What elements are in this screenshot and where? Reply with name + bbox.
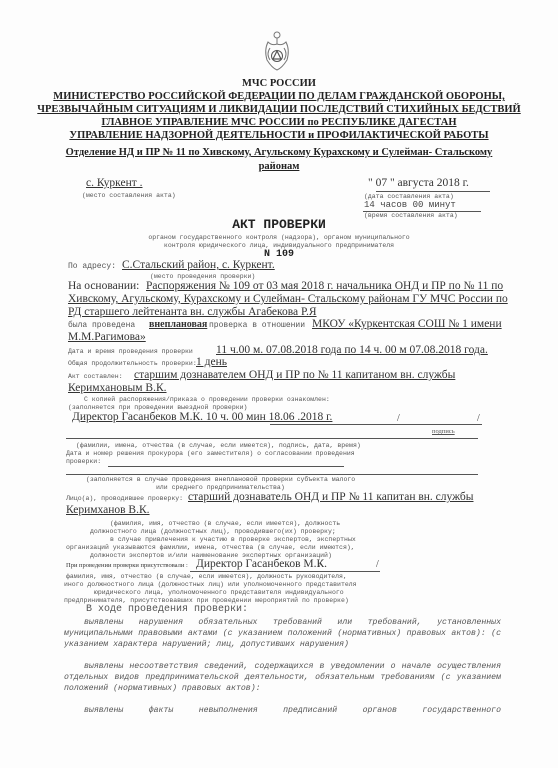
ministry-line-4: УПРАВЛЕНИЕ НАДЗОРНОЙ ДЕЯТЕЛЬНОСТИ и ПРОФ… — [0, 129, 558, 142]
inspected-org-line-1: МКОУ «Куркентская СОШ № 1 имени — [312, 318, 502, 330]
inspector-caption-3: в случае привлечения к участию в проверк… — [110, 536, 356, 543]
acquainted-text: С копией распоряжения/приказа о проведен… — [84, 396, 330, 403]
present-caption-3: юридического лица, уполномоченного предс… — [94, 589, 344, 596]
act-subtitle-1: органом государственного контроля (надзо… — [0, 234, 558, 241]
present-label: При проведении проверки присутствовали : — [66, 562, 188, 569]
basis-line-2: Хивскому, Агульскому, Курахскому и Сулей… — [68, 293, 508, 305]
agency-short-name: МЧС РОССИИ — [0, 77, 558, 90]
acquainted-value: Директор Гасанбеков М.К. 10 ч. 00 мин 18… — [72, 411, 332, 423]
prosecutor-line — [108, 466, 344, 467]
act-time-value: 14 часов 00 минут — [364, 200, 456, 210]
slash-separator-4: / — [376, 559, 379, 570]
basis-line-3: РД старшего лейтенанта вн. службы Агабек… — [68, 306, 317, 318]
ministry-line-2: ЧРЕЗВЫЧАЙНЫМ СИТУАЦИЯМ И ЛИКВИДАЦИИ ПОСЛ… — [0, 103, 558, 116]
act-subtitle-2: контроля юридического лица, индивидуальн… — [0, 242, 558, 249]
address-caption: (место проведения проверки) — [150, 273, 255, 280]
address-value: С.Стальский район, с. Куркент. — [122, 259, 275, 271]
fio-caption: (фамилии, имена, отчества (в случае, есл… — [76, 442, 361, 449]
ministry-line-3: ГЛАВНОЕ УПРАВЛЕНИЕ МЧС РОССИИ по РЕСПУБЛ… — [0, 116, 558, 129]
findings-heading: В ходе проведения проверки: — [86, 604, 248, 615]
act-place-caption: (место составления акта) — [82, 192, 176, 199]
document-page: МЧС РОССИИ МИНИСТЕРСТВО РОССИЙСКОЙ ФЕДЕР… — [0, 0, 558, 768]
signature-line — [270, 424, 482, 425]
composed-label: Акт составлен: — [68, 373, 123, 380]
datetime-value: 11 ч.00 м. 07.08.2018 года по 14 ч. 00 м… — [216, 344, 488, 356]
inspector-caption-2: должностного лица (должностных лиц), про… — [90, 528, 336, 535]
prosecutor-text: Дата и номер решения прокурора (его заме… — [66, 450, 355, 457]
slash-separator-3: / — [319, 559, 322, 570]
inspector-caption-4: организаций указываются фамилии, имена, … — [66, 544, 355, 551]
basis-label: На основании: — [68, 280, 139, 292]
signature-caption: подпись — [432, 428, 455, 435]
slash-separator-2: / — [477, 413, 480, 424]
present-caption-1: фамилия, имя, отчество (в случае, если и… — [66, 573, 347, 580]
ministry-line-1: МИНИСТЕРСТВО РОССИЙСКОЙ ФЕДЕРАЦИИ ПО ДЕЛ… — [0, 90, 558, 103]
duration-label: Общая продолжительность проверки: — [68, 360, 197, 367]
department-line-1: Отделение НД и ПР № 11 по Хивскому, Агул… — [0, 146, 558, 159]
unplanned-caption-2: или среднего предпринимательства) — [156, 484, 285, 491]
act-number: N 109 — [0, 249, 558, 260]
inspector-caption-1: (фамилия, имя, отчество (в случае, если … — [110, 520, 340, 527]
prosecutor-line-2 — [66, 474, 478, 475]
inspected-org-line-2: М.М.Рагимова» — [68, 331, 146, 343]
inspector-label: Лицо(а), проводившее проверку: — [66, 495, 183, 502]
duration-value: 1 день — [196, 356, 227, 368]
act-place-value: с. Куркент . — [86, 177, 143, 189]
emercom-emblem-icon — [262, 30, 292, 72]
act-title: АКТ ПРОВЕРКИ — [0, 217, 558, 232]
datetime-label: Дата и время проведения проверки — [68, 348, 193, 355]
present-caption-2: иного должностного лица (должностных лиц… — [64, 581, 357, 588]
composed-line-1: старшим дознавателем ОНД и ПР по № 11 ка… — [134, 369, 455, 381]
prosecutor-label: проверки: — [66, 458, 101, 465]
address-label: По адресу: — [68, 262, 116, 271]
acquainted-note: (заполняется при проведении выездной про… — [68, 404, 247, 411]
conducted-prefix: была проведена — [68, 321, 135, 330]
act-date-caption: (дата составления акта) — [364, 193, 454, 200]
act-date-value: " 07 " августа 2018 г. — [368, 177, 469, 189]
inspector-line-2: Керимханов В.К. — [66, 504, 150, 516]
act-date-underline — [376, 191, 490, 192]
inspection-type: внеплановая — [149, 319, 207, 330]
unplanned-caption-1: (заполняется в случае проведения внеплан… — [86, 476, 355, 483]
basis-line-1: Распоряжения № 109 от 03 мая 2018 г. нач… — [146, 280, 503, 292]
department-line-2: районам — [0, 160, 558, 173]
conducted-mid: проверка в отношении — [209, 321, 305, 330]
present-caption-4: предпринимателя, присутствовавших при пр… — [64, 597, 349, 604]
composed-line-2: Керимхановым В.К. — [68, 382, 167, 394]
inspector-line-1: старший дознаватель ОНД и ПР № 11 капита… — [188, 491, 474, 503]
fio-line — [66, 438, 478, 439]
findings-non-compliance: выявлены факты невыполнения предписаний … — [64, 705, 501, 716]
findings-inconsistencies: выявлены несоответствия сведений, содерж… — [64, 661, 501, 694]
findings-violations: выявлены нарушения обязательных требован… — [64, 617, 501, 650]
slash-separator-1: / — [397, 413, 400, 424]
present-value: Директор Гасанбеков М.К. — [196, 558, 327, 570]
present-line — [190, 571, 380, 572]
